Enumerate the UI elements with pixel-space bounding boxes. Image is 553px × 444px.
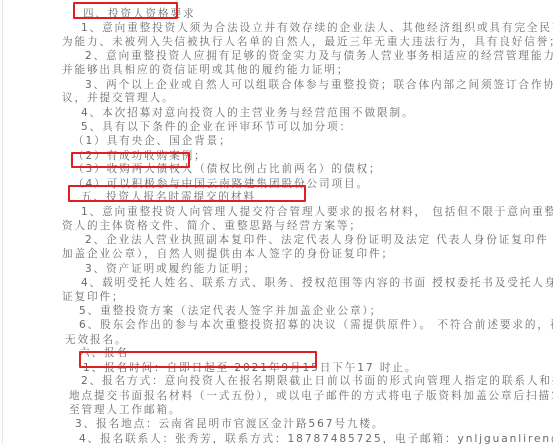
- text-line: 2、意向重整投资人应拥有足够的资金实力及与债务人营业事务相适应的经营管理能力，: [85, 50, 553, 63]
- text-line: 加盖企业公章），自然人则提供由本人签字的身份证复印件；: [62, 248, 394, 261]
- text-line: 1、意向重整投资人向管理人提交符合管理人要求的报名材料， 包括但不限于意向重整投: [81, 206, 553, 219]
- highlight-box-registration-time: [79, 351, 317, 368]
- text-line: 3、两个以上企业或自然人可以组联合体参与重整投资；联合体内部之间须签订合作协: [85, 79, 553, 92]
- document-page: 四、投资人资格要求1、意向重整投资人须为合法设立并有效存续的企业法人、其他经济组…: [2, 0, 553, 444]
- text-line: 4、报名联系人：张秀芳，联系方式：18787485725，电子邮箱：ynljgu…: [79, 433, 553, 444]
- text-line: 4、本次招募对意向投资人的主营业务与经营范围不做限制。: [81, 107, 414, 120]
- text-line: 5、重整投资方案（法定代表人签字并加盖企业公章）；: [79, 305, 382, 318]
- text-line: 至管理人工作邮箱。: [69, 404, 181, 417]
- text-line: 2、企业法人营业执照副本复印件、法定代表人身份证明及法定 代表人身份证复印件（需: [85, 234, 553, 247]
- text-line: 1、意向重整投资人须为合法设立并有效存续的企业法人、其他经济组织或具有完全民事行: [81, 22, 553, 35]
- highlight-box-soe-background: [71, 152, 190, 168]
- text-line: 为能力、未被列入失信被执行人名单的自然人，最近三年无重大违法行为，具有良好信誉；: [62, 36, 553, 49]
- text-line: 证复印件；: [62, 291, 124, 304]
- text-line: 无效报名。: [65, 334, 127, 347]
- text-line: 4、载明受托人姓名、联系方式、职务、授权范围等内容的书面 授权委托书及受托人身份: [81, 277, 553, 290]
- text-line: 5、具有以下条件的企业在评审环节可以加分项：: [81, 121, 352, 134]
- text-line: 6、股东会作出的参与本次重整投资招募的决议（需提供原件）。 不符合前述要求的，视…: [79, 319, 553, 332]
- highlight-box-creditor-claims: [68, 185, 306, 202]
- text-line: 资人的主体资格文件、简介、重整思路与经营方案等；: [62, 220, 362, 233]
- text-line: 3、资产证明或履约能力证明；: [85, 263, 256, 276]
- text-line: 并能够出具相应的资信证明或其他的履约能力证明；: [62, 64, 349, 77]
- text-line: 3、报名地点：云南省昆明市官渡区金汁路567号九楼。: [75, 418, 384, 431]
- highlight-box-investor-qualification-heading: [73, 2, 178, 19]
- text-line: 2、报名方式：意向投资人在报名期限截止日前以书面的形式向管理人指定的联系人和报名: [81, 375, 553, 388]
- text-line: 地点提交书面报名材料（一式五份），或以电子邮件的方式将电子版资料加盖公章后扫描发…: [69, 390, 553, 403]
- text-line: 议，并提交管理人。: [62, 92, 174, 105]
- text-line: （1）具有央企、国企背景；: [73, 135, 232, 148]
